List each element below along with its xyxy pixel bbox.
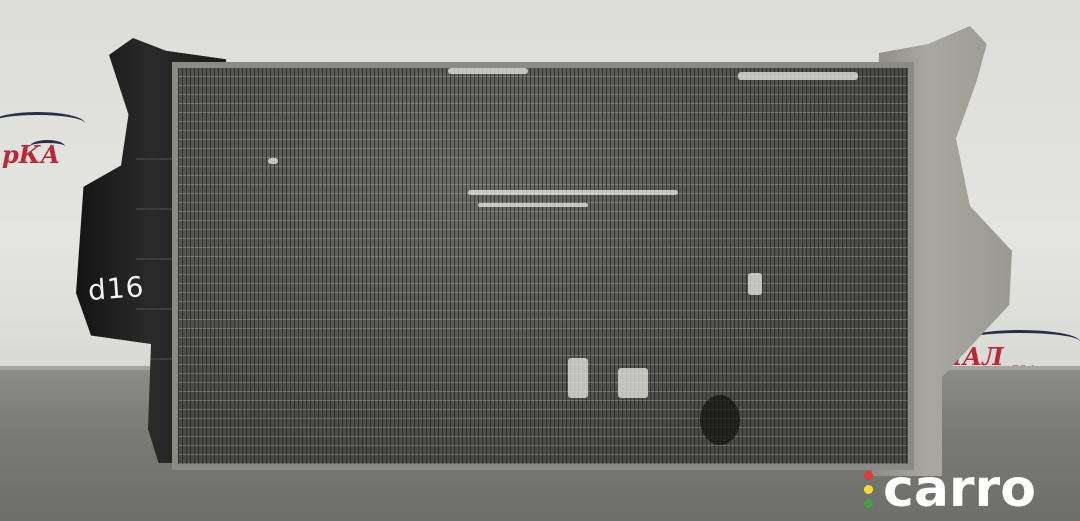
watermark-brand: carro	[883, 466, 1036, 512]
red-dot	[864, 471, 873, 480]
carro-watermark: carro	[864, 466, 1036, 512]
marker-label: d16	[87, 270, 146, 307]
traffic-light-icon	[864, 471, 873, 508]
poster-text-left: рКА	[2, 140, 60, 169]
poster-swoosh-left-top	[0, 112, 85, 135]
green-dot	[864, 499, 873, 508]
radiator-core	[172, 62, 914, 470]
oil-stain	[700, 395, 740, 445]
yellow-dot	[864, 485, 873, 494]
